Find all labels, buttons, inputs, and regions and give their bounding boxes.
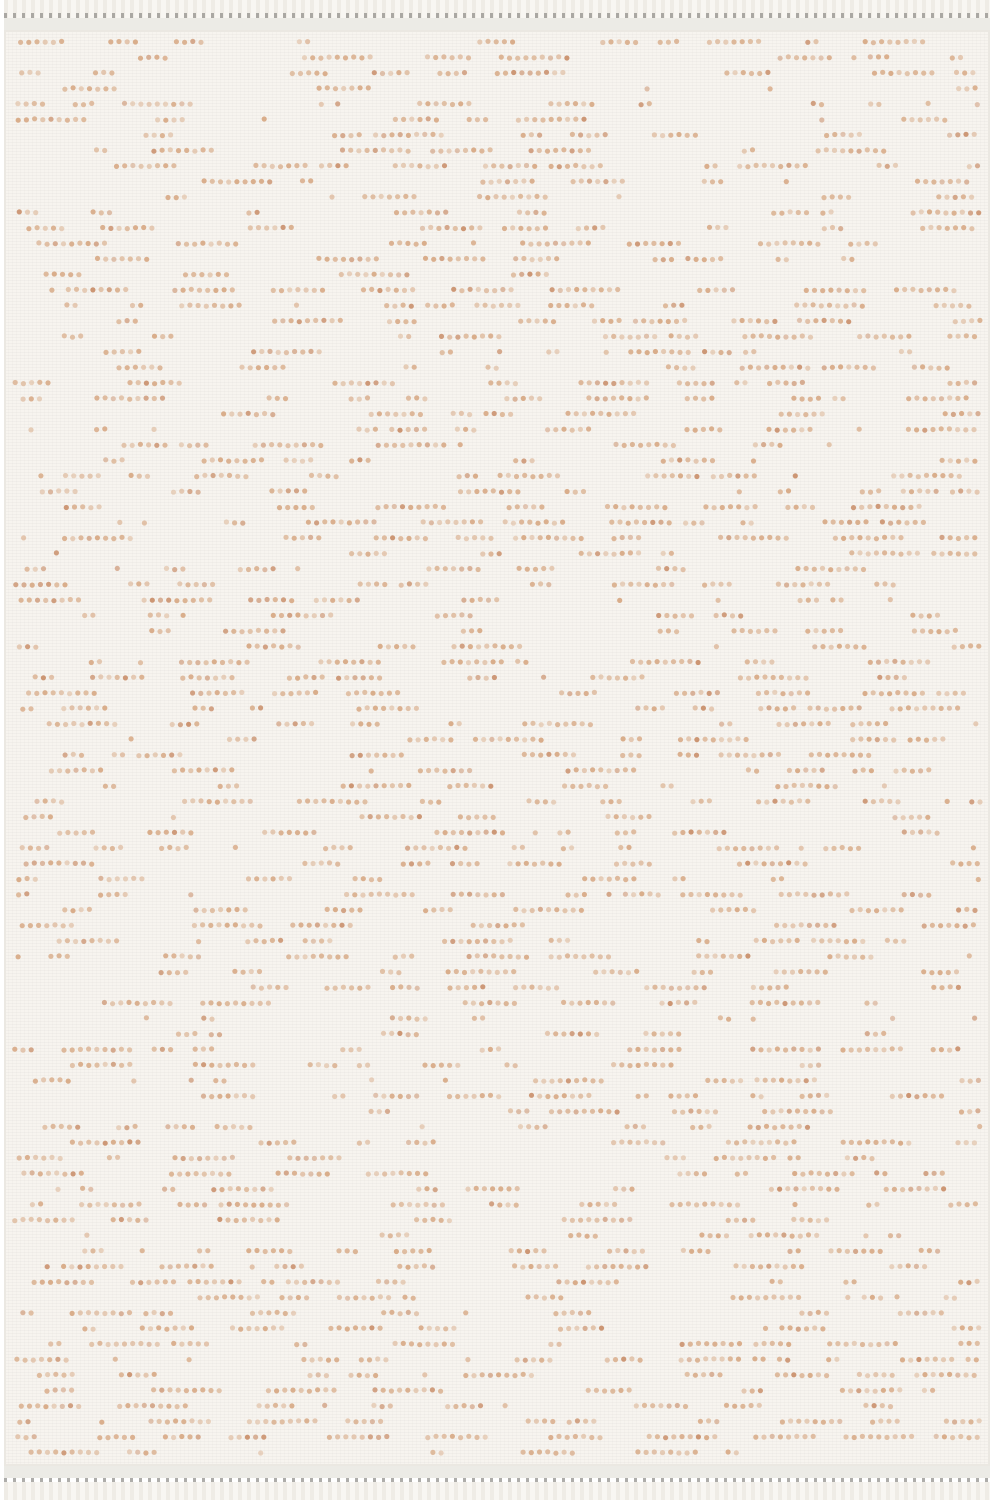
- bottom-end-band: [4, 1466, 990, 1478]
- bottom-fringe: [4, 1482, 990, 1500]
- dot-pattern: [4, 30, 990, 1466]
- rug-body: [4, 30, 990, 1466]
- top-end-band: [4, 18, 990, 30]
